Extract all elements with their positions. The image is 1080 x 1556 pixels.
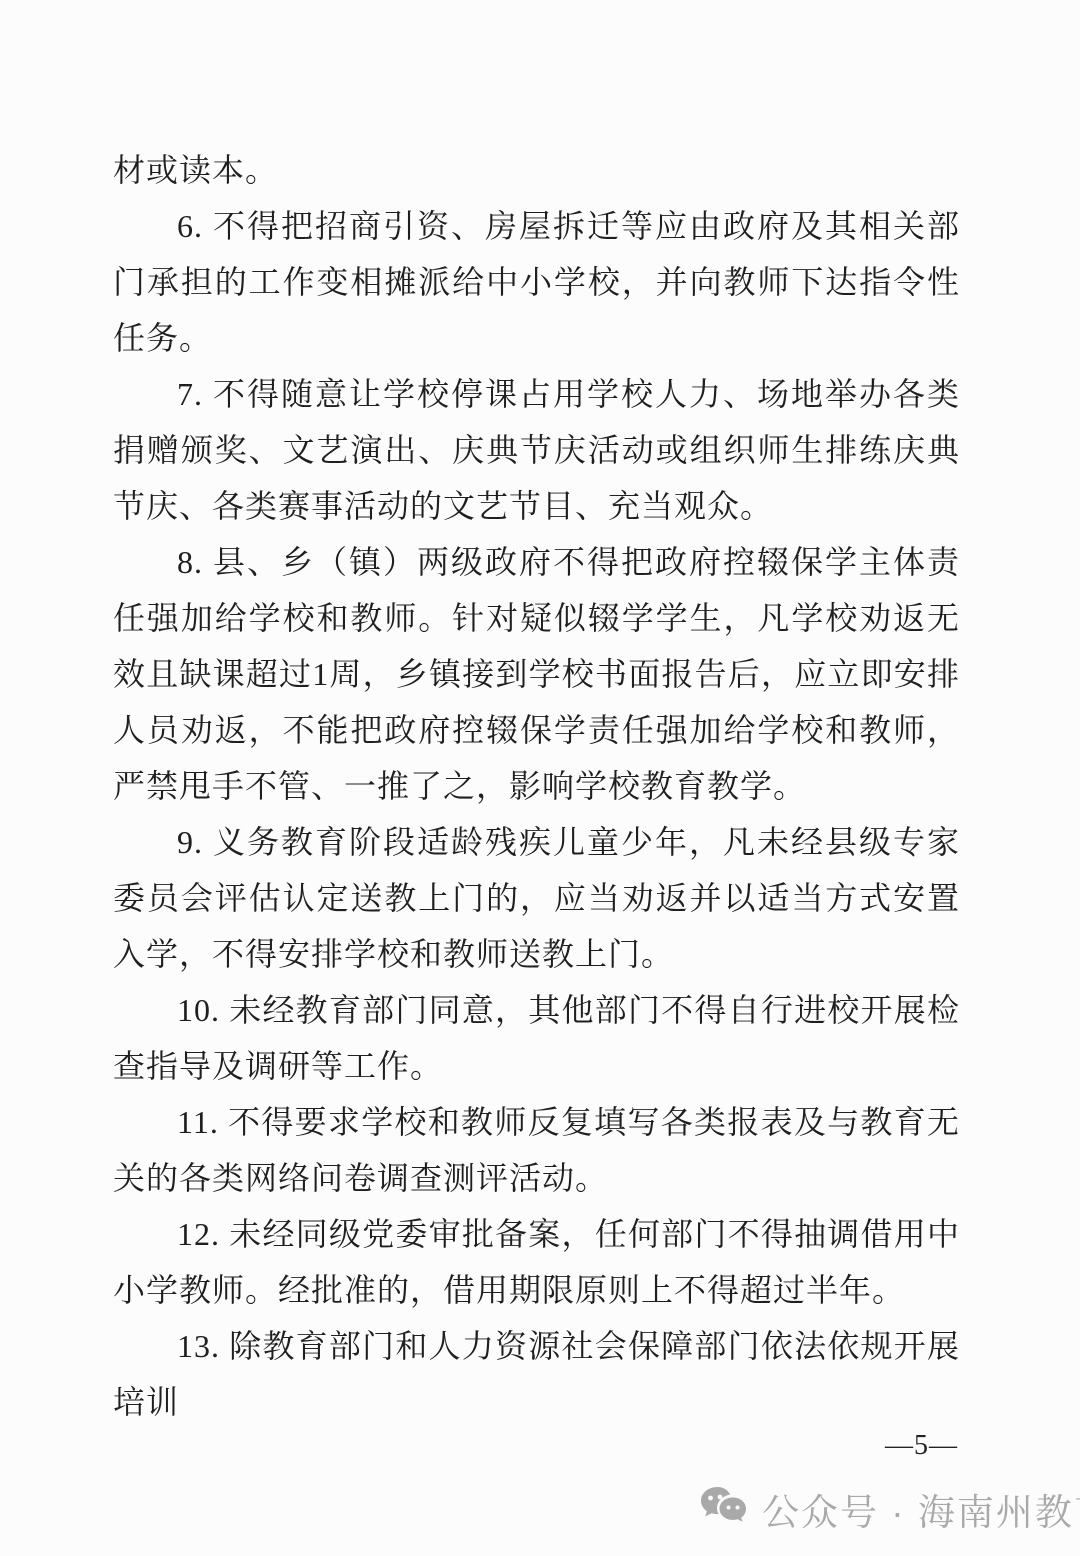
- paragraph-item-9: 9. 义务教育阶段适龄残疾儿童少年，凡未经县级专家委员会评估认定送教上门的，应当…: [113, 814, 960, 982]
- paragraph-item-7: 7. 不得随意让学校停课占用学校人力、场地举办各类捐赠颁奖、文艺演出、庆典节庆活…: [113, 366, 960, 534]
- paragraph-item-13: 13. 除教育部门和人力资源社会保障部门依法依规开展培训: [113, 1318, 960, 1430]
- paragraph-continuation: 材或读本。: [113, 142, 960, 198]
- watermark-text: 公众号 · 海南州教育局: [762, 1482, 1080, 1536]
- paragraph-item-12: 12. 未经同级党委审批备案，任何部门不得抽调借用中小学教师。经批准的，借用期限…: [113, 1206, 960, 1318]
- document-page: 材或读本。 6. 不得把招商引资、房屋拆迁等应由政府及其相关部门承担的工作变相摊…: [0, 0, 1080, 1556]
- page-number: —5—: [885, 1430, 958, 1462]
- paragraph-item-8: 8. 县、乡（镇）两级政府不得把政府控辍保学主体责任强加给学校和教师。针对疑似辍…: [113, 534, 960, 814]
- document-body: 材或读本。 6. 不得把招商引资、房屋拆迁等应由政府及其相关部门承担的工作变相摊…: [113, 142, 960, 1430]
- watermark: 公众号 · 海南州教育局: [698, 1482, 1080, 1536]
- wechat-icon: [698, 1483, 750, 1535]
- paragraph-item-10: 10. 未经教育部门同意，其他部门不得自行进校开展检查指导及调研等工作。: [113, 982, 960, 1094]
- paragraph-item-6: 6. 不得把招商引资、房屋拆迁等应由政府及其相关部门承担的工作变相摊派给中小学校…: [113, 198, 960, 366]
- paragraph-item-11: 11. 不得要求学校和教师反复填写各类报表及与教育无关的各类网络问卷调查测评活动…: [113, 1094, 960, 1206]
